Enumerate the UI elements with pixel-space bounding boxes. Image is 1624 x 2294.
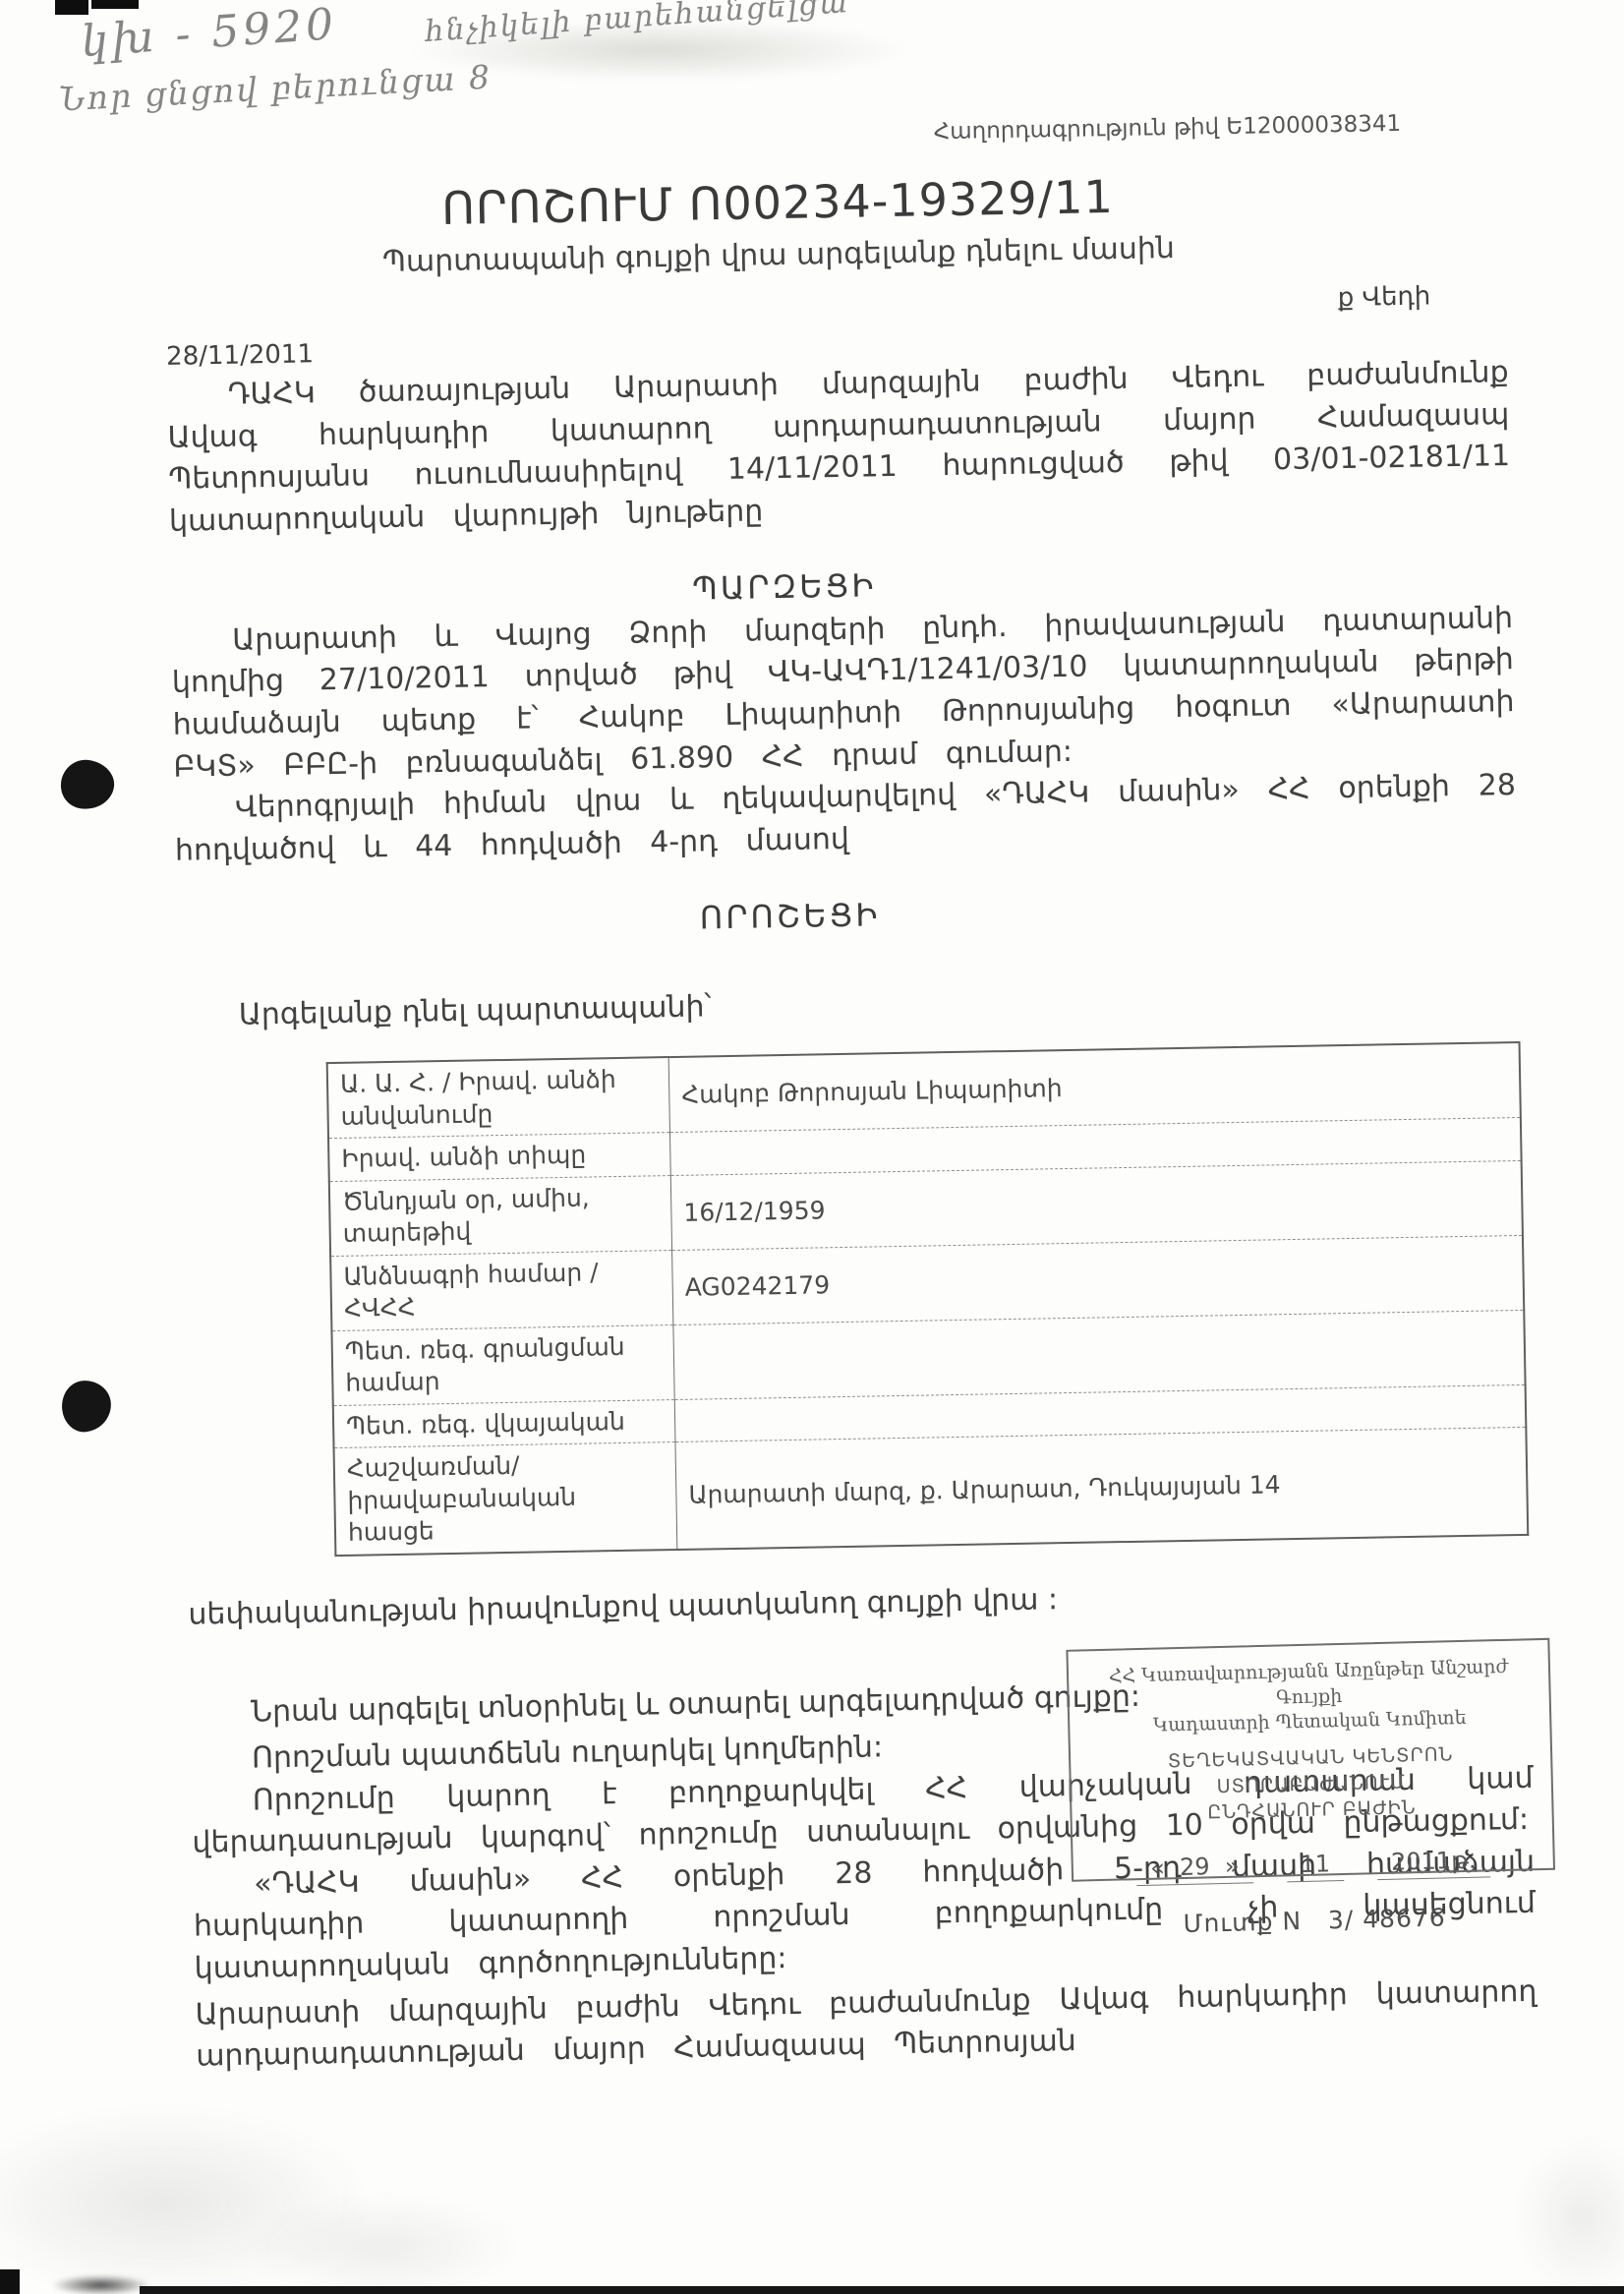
stamp-entry-label: Մուտք N <box>1183 1907 1302 1938</box>
message-number: Հաղորդագրություն թիվ Ե12000038341 <box>162 106 1504 161</box>
handwritten-note: հնչիկելի բարեհանցելցա <box>424 0 850 49</box>
scan-shadow <box>246 2193 521 2294</box>
stamp-entry-number: 3/ 48676 <box>1328 1903 1446 1934</box>
found-paragraph: Արարատի և Վայոց Ձորի մարզերի ընդհ. իրավա… <box>171 598 1516 789</box>
quote-open: « <box>1150 1853 1165 1881</box>
row-label: Ա. Ա. Հ. / Իրավ. անձի անվանումը <box>327 1057 670 1139</box>
title-block: ՈՐՈՇՈՒՄ Ո00234-19329/11 Պարտապանի գույքի… <box>106 165 1450 288</box>
stamp-division: ՏԵՂԵԿԱՏՎԱԿԱՆ ԿԵՆՏՐՈՆ ՍՏՈՐԱԲԱԺԱՆՈՒՄ ԸՆԴՀԱ… <box>1080 1739 1542 1829</box>
stamp-year: 2011թ. <box>1377 1843 1490 1880</box>
stamp-agency: ՀՀ Կառավարությանն Առընթեր Անշարժ Գույքի … <box>1078 1654 1540 1740</box>
cadastre-entry-stamp: ՀՀ Կառավարությանն Առընթեր Անշարժ Գույքի … <box>1066 1638 1555 1882</box>
quote-close: » <box>1225 1852 1240 1879</box>
ink-blot <box>58 756 117 812</box>
signature-line: Արարատի մարզային բաժին Վեդու բաժանմունք … <box>195 1970 1537 2078</box>
decided-heading: ՈՐՈՇԵՑԻ <box>119 883 1462 951</box>
scan-edge-bar <box>140 2286 1624 2294</box>
intro-paragraph: ԴԱՀԿ ծառայության Արարատի մարզային բաժին … <box>166 352 1511 543</box>
row-value: Արարատի մարզ, ք. Արարատ, Դուկայսյան 14 <box>675 1428 1528 1550</box>
debtor-info-table: Ա. Ա. Հ. / Իրավ. անձի անվանումը Հակոբ Թո… <box>326 1041 1530 1557</box>
handwritten-note-number: կխ - 5920 <box>80 0 339 67</box>
after-table-line: սեփականության իրավունքով պատկանող գույքի… <box>188 1571 1531 1636</box>
scan-edge-mark <box>0 2269 20 2294</box>
row-label: Անձնագրի համար / ՀՎՀՀ <box>330 1250 673 1330</box>
stamp-day-value: 29 <box>1180 1853 1210 1881</box>
scan-smudge <box>54 2275 147 2294</box>
scan-shadow <box>1514 2134 1624 2294</box>
ink-blot <box>59 1379 113 1435</box>
table-row: Հաշվառման/իրավաբանական հասցե Արարատի մար… <box>334 1428 1529 1556</box>
scanned-decision-document: կխ - 5920 հնչիկելի բարեհանցելցա Նոր ցնցո… <box>0 0 1624 2294</box>
handwritten-note: Նոր ցնցով բերունցա 8 <box>58 58 493 119</box>
scan-shadow <box>0 2104 374 2294</box>
scan-edge-mark <box>55 0 88 15</box>
row-label: Ծննդյան օր, ամիս, տարեթիվ <box>329 1175 672 1256</box>
row-label: Պետ. ռեգ. գրանցման համար <box>331 1324 674 1405</box>
stamp-month: 11 <box>1286 1847 1344 1882</box>
row-label: Իրավ. անձի տիպը <box>328 1133 670 1182</box>
decree-intro: Արգելանք դնել պարտապանի՝ <box>177 972 1520 1037</box>
scan-edge-mark <box>91 0 139 9</box>
stamp-day: « 29 » <box>1136 1849 1253 1886</box>
row-label: Պետ. ռեգ. վկայական <box>333 1399 675 1448</box>
row-label: Հաշվառման/իրավաբանական հասցե <box>334 1442 677 1556</box>
document-body: Հաղորդագրություն թիվ Ե12000038341 ՈՐՈՇՈՒ… <box>162 106 1537 2078</box>
